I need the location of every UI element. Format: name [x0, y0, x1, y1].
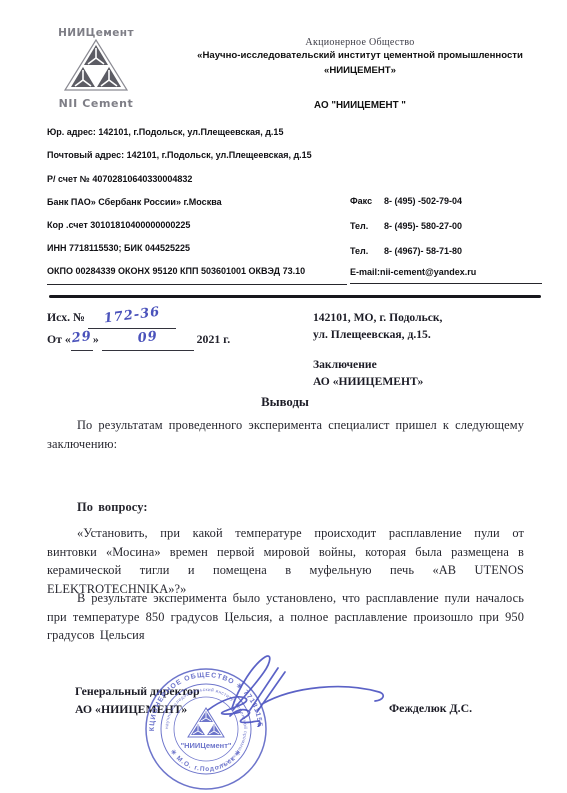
phone-label-2: Тел.	[350, 239, 384, 264]
contacts-block: Факс 8- (495) -502-79-04 Тел. 8- (495)- …	[350, 189, 542, 284]
date-mid: »	[93, 332, 99, 346]
date-day-slot: 29	[71, 329, 93, 351]
document-page: НИИЦемент NII Cement Акционерное Обществ…	[0, 0, 567, 793]
phone-row-1: Тел. 8- (495)- 580-27-00	[350, 214, 542, 239]
phone-number-1: 8- (495)- 580-27-00	[384, 214, 462, 239]
phone-number-2: 8- (4967)- 58-71-80	[384, 239, 462, 264]
settlement-account: Р/ счет № 40702810640330004832	[47, 168, 347, 191]
date-prefix: От «	[47, 332, 71, 346]
phone-row-2: Тел. 8- (4967)- 58-71-80	[350, 239, 542, 264]
org-header: Акционерное Общество «Научно-исследовате…	[158, 37, 562, 77]
handwritten-month: 09	[136, 326, 159, 349]
handwritten-outgoing-number: 172-36	[102, 302, 161, 330]
triangle-logo-icon	[63, 39, 129, 91]
postal-address: Почтовый адрес: 142101, г.Подольск, ул.П…	[47, 144, 347, 167]
intro-paragraph: По результатам проведенного эксперимента…	[47, 416, 524, 453]
correspondent-account: Кор .счет 30101810400000000225	[47, 214, 347, 237]
company-details: Юр. адрес: 142101, г.Подольск, ул.Плещее…	[47, 121, 347, 285]
logo-latin-label: NII Cement	[50, 97, 142, 110]
header-divider-line	[49, 295, 541, 298]
outgoing-number-line: Исх. № 172-36	[47, 307, 230, 329]
handwritten-day: 29	[70, 326, 93, 349]
org-name-line2: «НИИЦЕМЕНТ»	[158, 65, 562, 78]
company-logo: НИИЦемент NII Cement	[50, 27, 142, 110]
fax-number: 8- (495) -502-79-04	[384, 189, 462, 214]
stamp-center-text: "НИИЦемент"	[181, 741, 232, 750]
bank-name: Банк ПАО» Сбербанк России» г.Москва	[47, 191, 347, 214]
logo-cyrillic-label: НИИЦемент	[50, 27, 142, 39]
org-name-line1: «Научно-исследовательский институт цемен…	[158, 50, 562, 63]
email-address: E-mail:nii-cement@yandex.ru	[350, 265, 542, 284]
conclusions-heading: Выводы	[48, 395, 522, 410]
legal-address: Юр. адрес: 142101, г.Подольск, ул.Плещее…	[47, 121, 347, 144]
org-short-name: АО "НИИЦЕМЕНТ "	[158, 100, 562, 111]
handwritten-signature	[172, 622, 412, 727]
okpo-codes: ОКПО 00284339 ОКОНХ 95120 КПП 503601001 …	[47, 261, 347, 285]
org-type: Акционерное Общество	[158, 37, 562, 48]
date-month-slot: 09	[102, 329, 194, 351]
date-line: От «29» 09 2021 г.	[47, 329, 230, 351]
fax-label: Факс	[350, 189, 384, 214]
outgoing-number-label: Исх. №	[47, 310, 85, 324]
spacer	[313, 343, 442, 357]
inn-bik: ИНН 7718115530; БИК 044525225	[47, 237, 347, 260]
question-paragraph: «Установить, при какой температуре проис…	[47, 524, 524, 598]
document-org: АО «НИИЦЕМЕНТ»	[313, 374, 442, 391]
addressee-block: 142101, МО, г. Подольск, ул. Плещеевская…	[313, 310, 442, 390]
phone-label-1: Тел.	[350, 214, 384, 239]
addressee-postcode-city: 142101, МО, г. Подольск,	[313, 310, 442, 327]
outgoing-number-slot: 172-36	[88, 307, 176, 329]
fax-row: Факс 8- (495) -502-79-04	[350, 189, 542, 214]
outgoing-reference: Исх. № 172-36 От «29» 09 2021 г.	[47, 307, 230, 351]
addressee-street: ул. Плещеевская, д.15.	[313, 327, 442, 344]
document-type: Заключение	[313, 357, 442, 374]
question-label: По вопросу:	[47, 498, 524, 517]
date-year: 2021 г.	[197, 332, 231, 346]
